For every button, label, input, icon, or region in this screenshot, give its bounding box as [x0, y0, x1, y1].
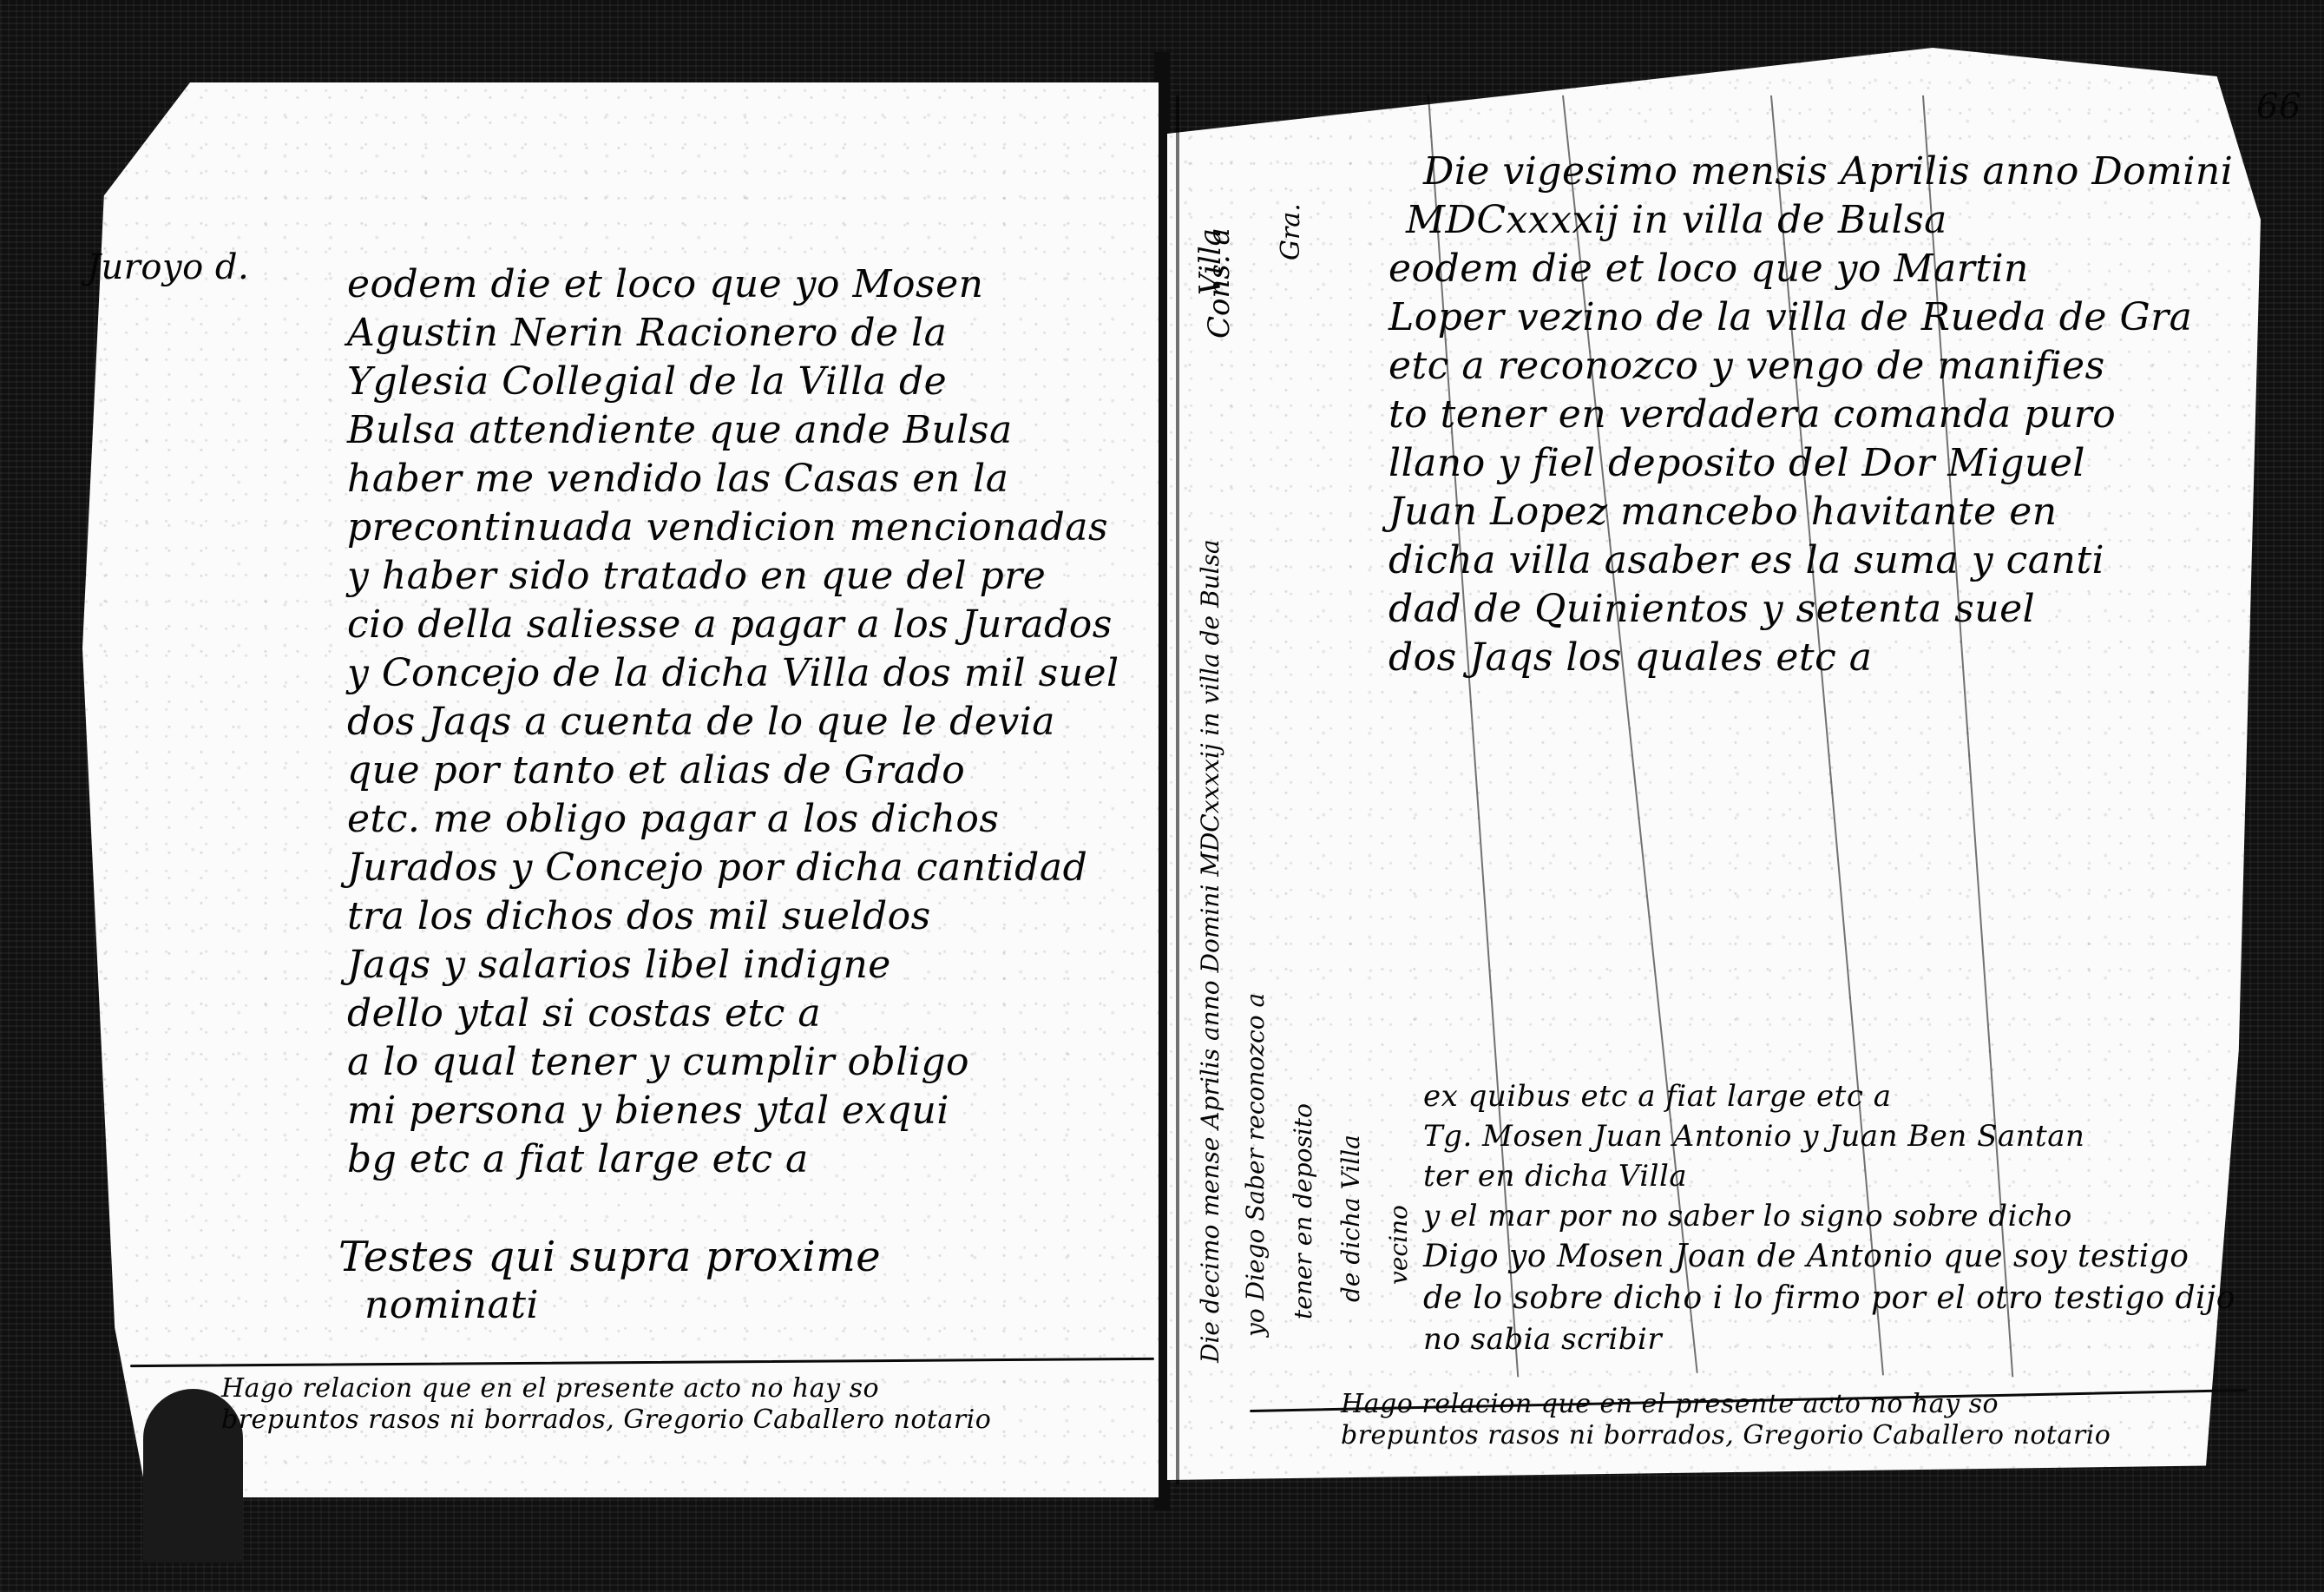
closing-line: Digo yo Mosen Joan de Antonio que soy te… [1423, 1236, 2235, 1278]
closing-line: de lo sobre dicho i lo firmo por el otro… [1423, 1278, 2235, 1319]
body-line: tra los dichos dos mil sueldos [347, 892, 1119, 941]
vertical-margin-note: Gra. [1276, 203, 1306, 260]
body-line: dicha villa asaber es la suma y canti [1388, 536, 2233, 585]
body-line: a lo qual tener y cumplir obligo [347, 1038, 1119, 1087]
closing-line: y el mar por no saber lo signo sobre dic… [1423, 1196, 2235, 1236]
body-line: Bulsa attendiente que ande Bulsa [347, 406, 1119, 455]
body-line: Yglesia Collegial de la Villa de [347, 358, 1119, 406]
body-line: etc. me obligo pagar a los dichos [347, 795, 1119, 844]
right-footer: Hago relacion que en el presente acto no… [1341, 1389, 2111, 1451]
witness-line: Testes qui supra proxime [338, 1233, 881, 1281]
body-line: Loper vezino de la villa de Rueda de Gra [1388, 293, 2233, 342]
body-line: etc a reconozco y vengo de manifies [1388, 342, 2233, 391]
right-body-text: Die vigesimo mensis Aprilis anno Domini … [1388, 148, 2233, 682]
vertical-margin-note: vecino [1384, 1205, 1413, 1285]
body-line: Jaqs y salarios libel indigne [347, 941, 1119, 990]
closing-line: Tg. Mosen Juan Antonio y Juan Ben Santan [1423, 1116, 2235, 1156]
closing-line: ex quibus etc a fiat large etc a [1423, 1076, 2235, 1116]
body-line: eodem die et loco que yo Martin [1388, 245, 2233, 293]
footer-line: brepuntos rasos ni borrados, Gregorio Ca… [221, 1405, 991, 1436]
body-line: eodem die et loco que yo Mosen [347, 260, 1119, 309]
body-line: y Concejo de la dicha Villa dos mil suel [347, 649, 1119, 698]
body-line: dad de Quinientos y setenta suel [1388, 585, 2233, 634]
footer-line: brepuntos rasos ni borrados, Gregorio Ca… [1341, 1420, 2111, 1451]
body-line: Juan Lopez mancebo havitante en [1388, 488, 2233, 536]
vertical-margin-note: Die decimo mense Aprilis anno Domini MDC… [1196, 539, 1224, 1363]
body-line: bg etc a fiat large etc a [347, 1135, 1119, 1184]
body-line: mi persona y bienes ytal exqui [347, 1087, 1119, 1135]
left-body-text: eodem die et loco que yo Mosen Agustin N… [347, 260, 1119, 1184]
closing-line: ter en dicha Villa [1423, 1156, 2235, 1196]
vertical-margin-note: yo Diego Saber reconozco a [1241, 993, 1270, 1337]
witness-line: nominati [364, 1281, 881, 1330]
body-line: que por tanto et alias de Grado [347, 747, 1119, 795]
vertical-margin-note: de dicha Villa [1336, 1135, 1365, 1302]
right-closing-text: ex quibus etc a fiat large etc a Tg. Mos… [1423, 1076, 2235, 1359]
footer-line: Hago relacion que en el presente acto no… [1341, 1389, 2111, 1420]
body-line: dello ytal si costas etc a [347, 990, 1119, 1038]
body-line: Die vigesimo mensis Aprilis anno Domini [1423, 148, 2233, 196]
body-line: cio della saliesse a pagar a los Jurados [347, 601, 1119, 649]
body-line: dos Jaqs los quales etc a [1388, 634, 2233, 682]
left-witness-text: Testes qui supra proxime nominati [338, 1233, 881, 1330]
closing-line: no sabia scribir [1423, 1319, 2235, 1359]
page-edge-rule [1176, 95, 1179, 1484]
body-line: MDCxxxxij in villa de Bulsa [1406, 196, 2233, 245]
body-line: dos Jaqs a cuenta de lo que le devia [347, 698, 1119, 747]
vertical-margin-note: tener en deposito [1289, 1103, 1317, 1319]
vertical-margin-note: Cons. a [1202, 227, 1237, 339]
body-line: Jurados y Concejo por dicha cantidad [347, 844, 1119, 892]
body-line: llano y fiel deposito del Dor Miguel [1388, 439, 2233, 488]
body-line: Agustin Nerin Racionero de la [347, 309, 1119, 358]
body-line: haber me vendido las Casas en la [347, 455, 1119, 503]
left-margin-note: Juroyo d. [87, 243, 249, 292]
left-footer: Hago relacion que en el presente acto no… [221, 1373, 991, 1436]
page-number: 66 [2256, 87, 2301, 127]
body-line: to tener en verdadera comanda puro [1388, 391, 2233, 439]
body-line: y haber sido tratado en que del pre [347, 552, 1119, 601]
body-line: precontinuada vendicion mencionadas [347, 503, 1119, 552]
footer-line: Hago relacion que en el presente acto no… [221, 1373, 991, 1405]
